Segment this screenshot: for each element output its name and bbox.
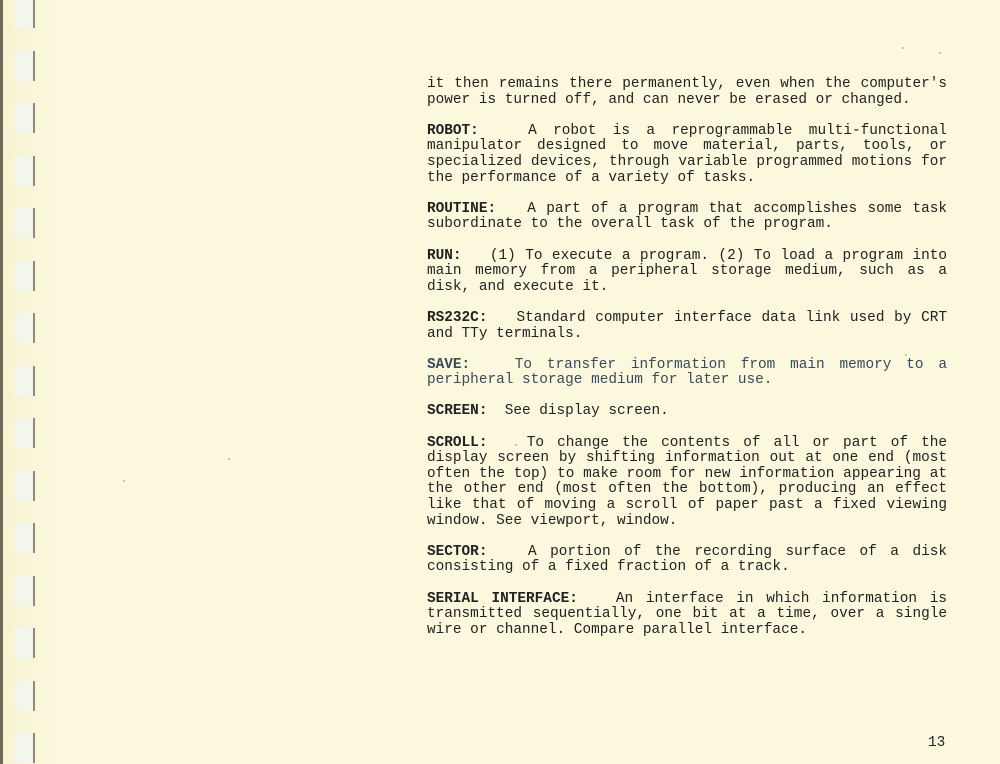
paper-speck (902, 47, 904, 49)
entry-definition: To transfer information from main memory… (427, 357, 947, 389)
paper-speck (515, 444, 517, 446)
binding-hole-mark (33, 208, 35, 238)
entry-definition: See display screen. (505, 403, 669, 419)
glossary-text: it then remains there permanently, even … (427, 77, 947, 654)
binding-hole-mark (33, 261, 35, 291)
entry-term: SCROLL: (427, 435, 487, 451)
paper-speck (228, 458, 230, 460)
binding-hole-mark (33, 366, 35, 396)
binding-hole (15, 208, 34, 238)
entry-term: SCREEN: (427, 403, 487, 419)
entry-definition: (1) To execute a program. (2) To load a … (427, 248, 947, 295)
scanned-page: it then remains there permanently, even … (0, 0, 1000, 764)
binding-hole (15, 418, 34, 448)
binding-hole-mark (33, 156, 35, 186)
glossary-entry-save: SAVE: To transfer information from main … (427, 358, 947, 389)
entry-term: SERIAL INTERFACE: (427, 591, 578, 607)
paper-speck (123, 480, 125, 482)
binding-hole (15, 471, 34, 501)
binding-hole-mark (33, 0, 35, 28)
glossary-entry-sector: SECTOR: A portion of the recording surfa… (427, 545, 947, 576)
glossary-entry-screen: SCREEN: See display screen. (427, 404, 947, 420)
binding-hole (15, 261, 34, 291)
binding-hole (15, 313, 34, 343)
paper-speck (939, 52, 941, 54)
entry-definition: A robot is a reprogrammable multi-functi… (427, 123, 947, 186)
glossary-entry-rs232c: RS232C: Standard computer interface data… (427, 311, 947, 342)
glossary-entry-routine: ROUTINE: A part of a program that accomp… (427, 202, 947, 233)
entry-term: SAVE: (427, 357, 470, 373)
binding-hole-mark (33, 628, 35, 658)
binding-hole (15, 733, 34, 763)
glossary-entry-scroll: SCROLL: To change the contents of all or… (427, 436, 947, 530)
glossary-entry-run: RUN: (1) To execute a program. (2) To lo… (427, 249, 947, 296)
continuation-paragraph: it then remains there permanently, even … (427, 77, 947, 108)
page-number: 13 (928, 735, 945, 751)
binding-hole (15, 366, 34, 396)
glossary-entry-serial-interface: SERIAL INTERFACE: An interface in which … (427, 592, 947, 639)
entry-term: ROBOT: (427, 123, 479, 139)
entry-term: SECTOR: (427, 544, 487, 560)
entry-definition: To change the contents of all or part of… (427, 435, 947, 529)
binding-hole (15, 103, 34, 133)
binding-hole (15, 628, 34, 658)
entry-term: RUN: (427, 248, 462, 264)
entry-definition: Standard computer interface data link us… (427, 310, 947, 342)
glossary-entry-robot: ROBOT: A robot is a reprogrammable multi… (427, 124, 947, 186)
binding-hole-mark (33, 471, 35, 501)
binding-hole (15, 51, 34, 81)
binding-hole (15, 523, 34, 553)
binding-hole-mark (33, 51, 35, 81)
binding-hole-mark (33, 313, 35, 343)
binding-hole-mark (33, 576, 35, 606)
page-binding-edge (0, 0, 3, 764)
binding-hole-mark (33, 523, 35, 553)
paper-speck (905, 354, 907, 356)
binding-hole (15, 576, 34, 606)
binding-hole (15, 156, 34, 186)
binding-hole-mark (33, 418, 35, 448)
entry-term: ROUTINE: (427, 201, 496, 217)
entry-definition: A portion of the recording surface of a … (427, 544, 947, 576)
binding-hole (15, 0, 34, 28)
binding-hole-mark (33, 681, 35, 711)
entry-term: RS232C: (427, 310, 487, 326)
binding-hole-mark (33, 103, 35, 133)
binding-hole (15, 681, 34, 711)
entry-definition: A part of a program that accomplishes so… (427, 201, 947, 233)
binding-hole-mark (33, 733, 35, 763)
